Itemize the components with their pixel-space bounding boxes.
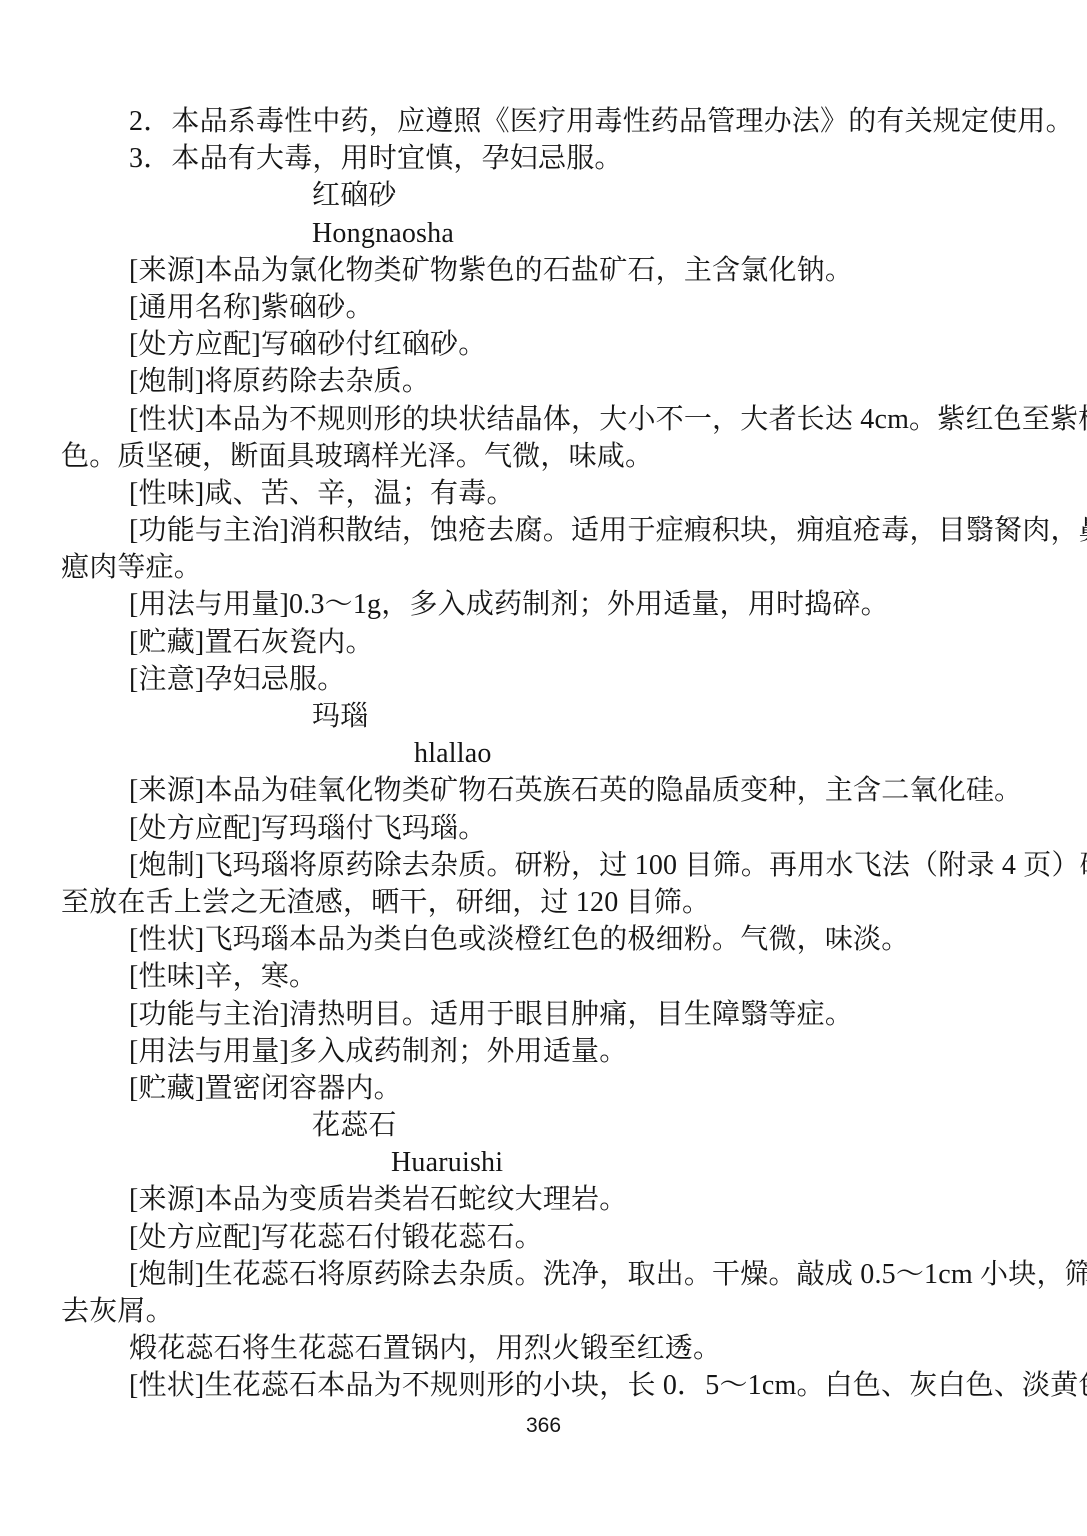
- text-line: [来源]本品为变质岩类岩石蛇纹大理岩。: [61, 1181, 1039, 1218]
- text-line: [贮藏]置密闭容器内。: [61, 1070, 1039, 1107]
- text-line: [性状]飞玛瑙本品为类白色或淡橙红色的极细粉。气微，味淡。: [61, 921, 1039, 958]
- document-page: 2．本品系毒性中药，应遵照《医疗用毒性药品管理办法》的有关规定使用。3．本品有大…: [0, 0, 1087, 1536]
- text-line: [炮制]生花蕊石将原药除去杂质。洗净，取出。干燥。敲成 0.5～1cm 小块，筛: [61, 1256, 1039, 1293]
- text-line: [用法与用量]多入成药制剂；外用适量。: [61, 1033, 1039, 1070]
- text-line: [炮制]将原药除去杂质。: [61, 363, 1039, 400]
- text-line: [功能与主治]消积散结，蚀疮去腐。适用于症瘕积块，痈疽疮毒，目翳胬肉，鼻: [61, 512, 1039, 549]
- text-line: [性状]本品为不规则形的块状结晶体，大小不一，大者长达 4cm。紫红色至紫棕: [61, 401, 1039, 438]
- text-line: 至放在舌上尝之无渣感，晒干，研细，过 120 目筛。: [61, 884, 1039, 921]
- text-line: [处方应配]写花蕊石付锻花蕊石。: [61, 1219, 1039, 1256]
- text-line: [炮制]飞玛瑙将原药除去杂质。研粉，过 100 目筛。再用水飞法（附录 4 页）…: [61, 847, 1039, 884]
- text-line: 瘜肉等症。: [61, 549, 1039, 586]
- text-line: [处方应配]写硇砂付红硇砂。: [61, 326, 1039, 363]
- text-line: [通用名称]紫硇砂。: [61, 289, 1039, 326]
- text-line: [来源]本品为硅氧化物类矿物石英族石英的隐晶质变种，主含二氧化硅。: [61, 772, 1039, 809]
- section-title-cn: 花蕊石: [61, 1107, 1039, 1144]
- text-line: [贮藏]置石灰瓷内。: [61, 624, 1039, 661]
- text-line: [注意]孕妇忌服。: [61, 661, 1039, 698]
- document-body: 2．本品系毒性中药，应遵照《医疗用毒性药品管理办法》的有关规定使用。3．本品有大…: [0, 0, 1087, 1405]
- text-line: [功能与主治]清热明目。适用于眼目肿痛，目生障翳等症。: [61, 996, 1039, 1033]
- page-number: 366: [0, 1414, 1087, 1438]
- text-line: 煅花蕊石将生花蕊石置锅内，用烈火锻至红透。: [61, 1330, 1039, 1367]
- text-line: 去灰屑。: [61, 1293, 1039, 1330]
- text-line: [性味]咸、苦、辛，温；有毒。: [61, 475, 1039, 512]
- section-title-cn: 红硇砂: [61, 177, 1039, 214]
- text-line: 2．本品系毒性中药，应遵照《医疗用毒性药品管理办法》的有关规定使用。: [61, 103, 1039, 140]
- text-line: [处方应配]写玛瑙付飞玛瑙。: [61, 810, 1039, 847]
- section-title-pinyin: hlallao: [61, 735, 1039, 772]
- text-line: [性味]辛，寒。: [61, 958, 1039, 995]
- text-line: [用法与用量]0.3～1g，多入成药制剂；外用适量，用时捣碎。: [61, 586, 1039, 623]
- text-line: 3．本品有大毒，用时宜慎，孕妇忌服。: [61, 140, 1039, 177]
- section-title-pinyin: Hongnaosha: [61, 215, 1039, 252]
- text-line: [性状]生花蕊石本品为不规则形的小块，长 0．5～1cm。白色、灰白色、淡黄色、: [61, 1367, 1039, 1404]
- text-line: 色。质坚硬，断面具玻璃样光泽。气微，味咸。: [61, 438, 1039, 475]
- section-title-cn: 玛瑙: [61, 698, 1039, 735]
- text-line: [来源]本品为氯化物类矿物紫色的石盐矿石，主含氯化钠。: [61, 252, 1039, 289]
- section-title-pinyin: Huaruishi: [61, 1144, 1039, 1181]
